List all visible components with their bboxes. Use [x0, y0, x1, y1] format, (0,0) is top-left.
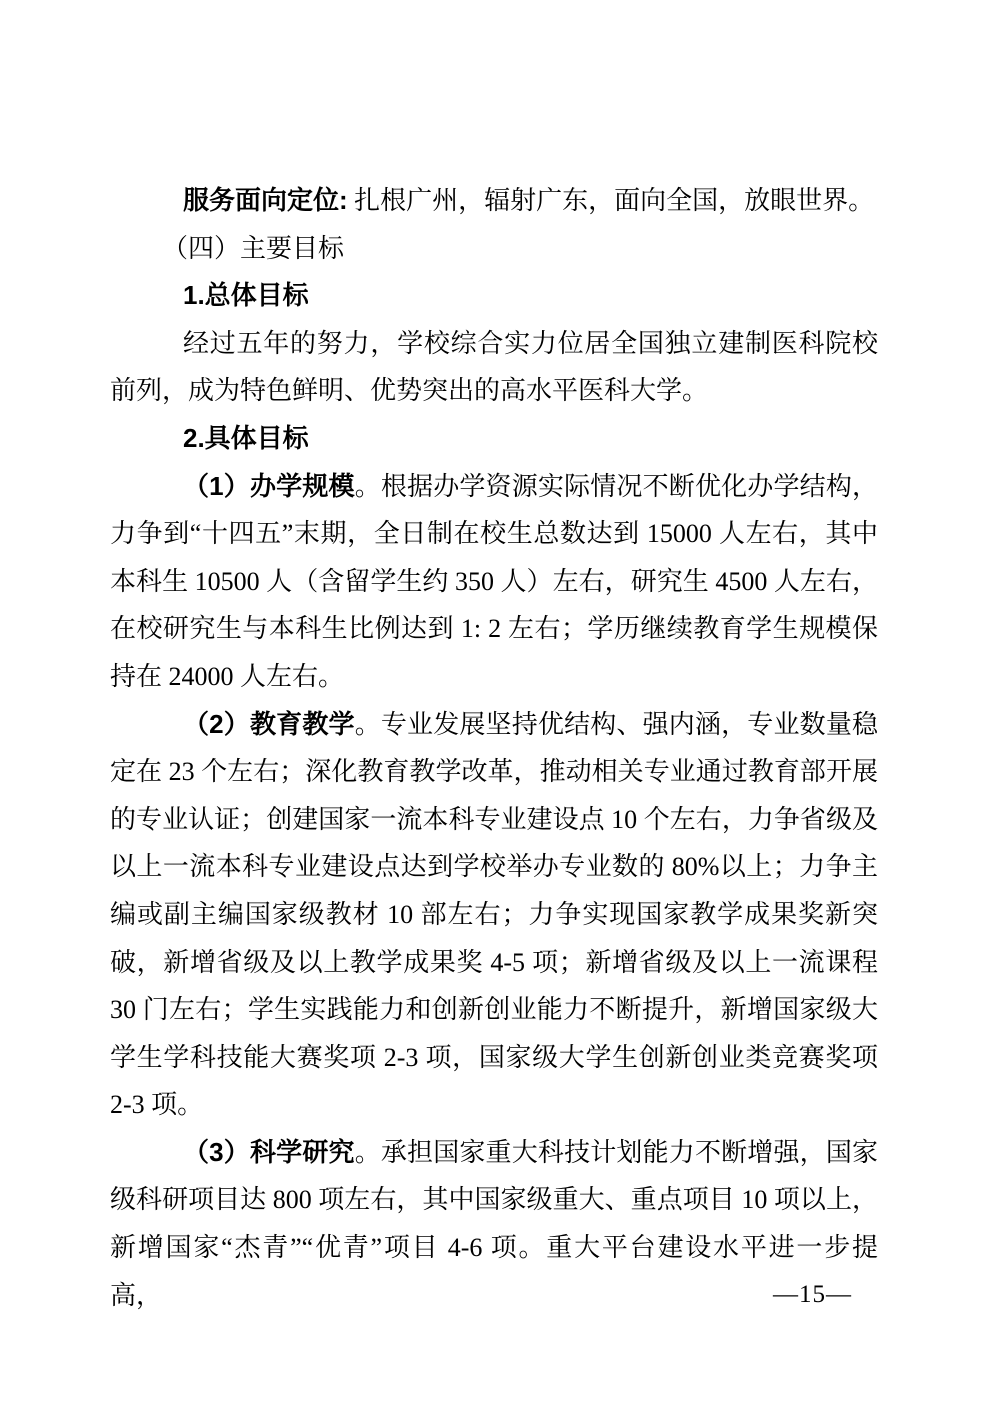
- service-orientation-label: 服务面向定位:: [183, 185, 348, 215]
- heading-specific-goals: 2.具体目标: [110, 415, 878, 463]
- school-scale-label: （1）办学规模: [183, 471, 355, 501]
- document-page: 服务面向定位: 扎根广州，辐射广东，面向全国，放眼世界。 （四）主要目标 1.总…: [0, 0, 991, 1403]
- school-scale-text: 。根据办学资源实际情况不断优化办学结构，力争到“十四五”末期，全日制在校生总数达…: [110, 472, 878, 691]
- heading-overall-goal: 1.总体目标: [110, 272, 878, 320]
- page-number: —15—: [773, 1279, 852, 1310]
- paragraph-scientific-research: （3）科学研究。承担国家重大科技计划能力不断增强，国家级科研项目达 800 项左…: [110, 1129, 878, 1319]
- education-teaching-text: 。专业发展坚持优结构、强内涵，专业数量稳定在 23 个左右；深化教育教学改革，推…: [110, 710, 878, 1120]
- paragraph-service-orientation: 服务面向定位: 扎根广州，辐射广东，面向全国，放眼世界。: [110, 177, 878, 225]
- paragraph-school-scale: （1）办学规模。根据办学资源实际情况不断优化办学结构，力争到“十四五”末期，全日…: [110, 463, 878, 701]
- scientific-research-label: （3）科学研究: [183, 1137, 355, 1167]
- document-body: 服务面向定位: 扎根广州，辐射广东，面向全国，放眼世界。 （四）主要目标 1.总…: [110, 177, 878, 1319]
- service-orientation-text: 扎根广州，辐射广东，面向全国，放眼世界。: [348, 186, 875, 215]
- heading-section-four: （四）主要目标: [110, 225, 878, 273]
- education-teaching-label: （2）教育教学: [183, 709, 355, 739]
- paragraph-overall-goal: 经过五年的努力，学校综合实力位居全国独立建制医科院校前列，成为特色鲜明、优势突出…: [110, 320, 878, 415]
- paragraph-education-teaching: （2）教育教学。专业发展坚持优结构、强内涵，专业数量稳定在 23 个左右；深化教…: [110, 701, 878, 1129]
